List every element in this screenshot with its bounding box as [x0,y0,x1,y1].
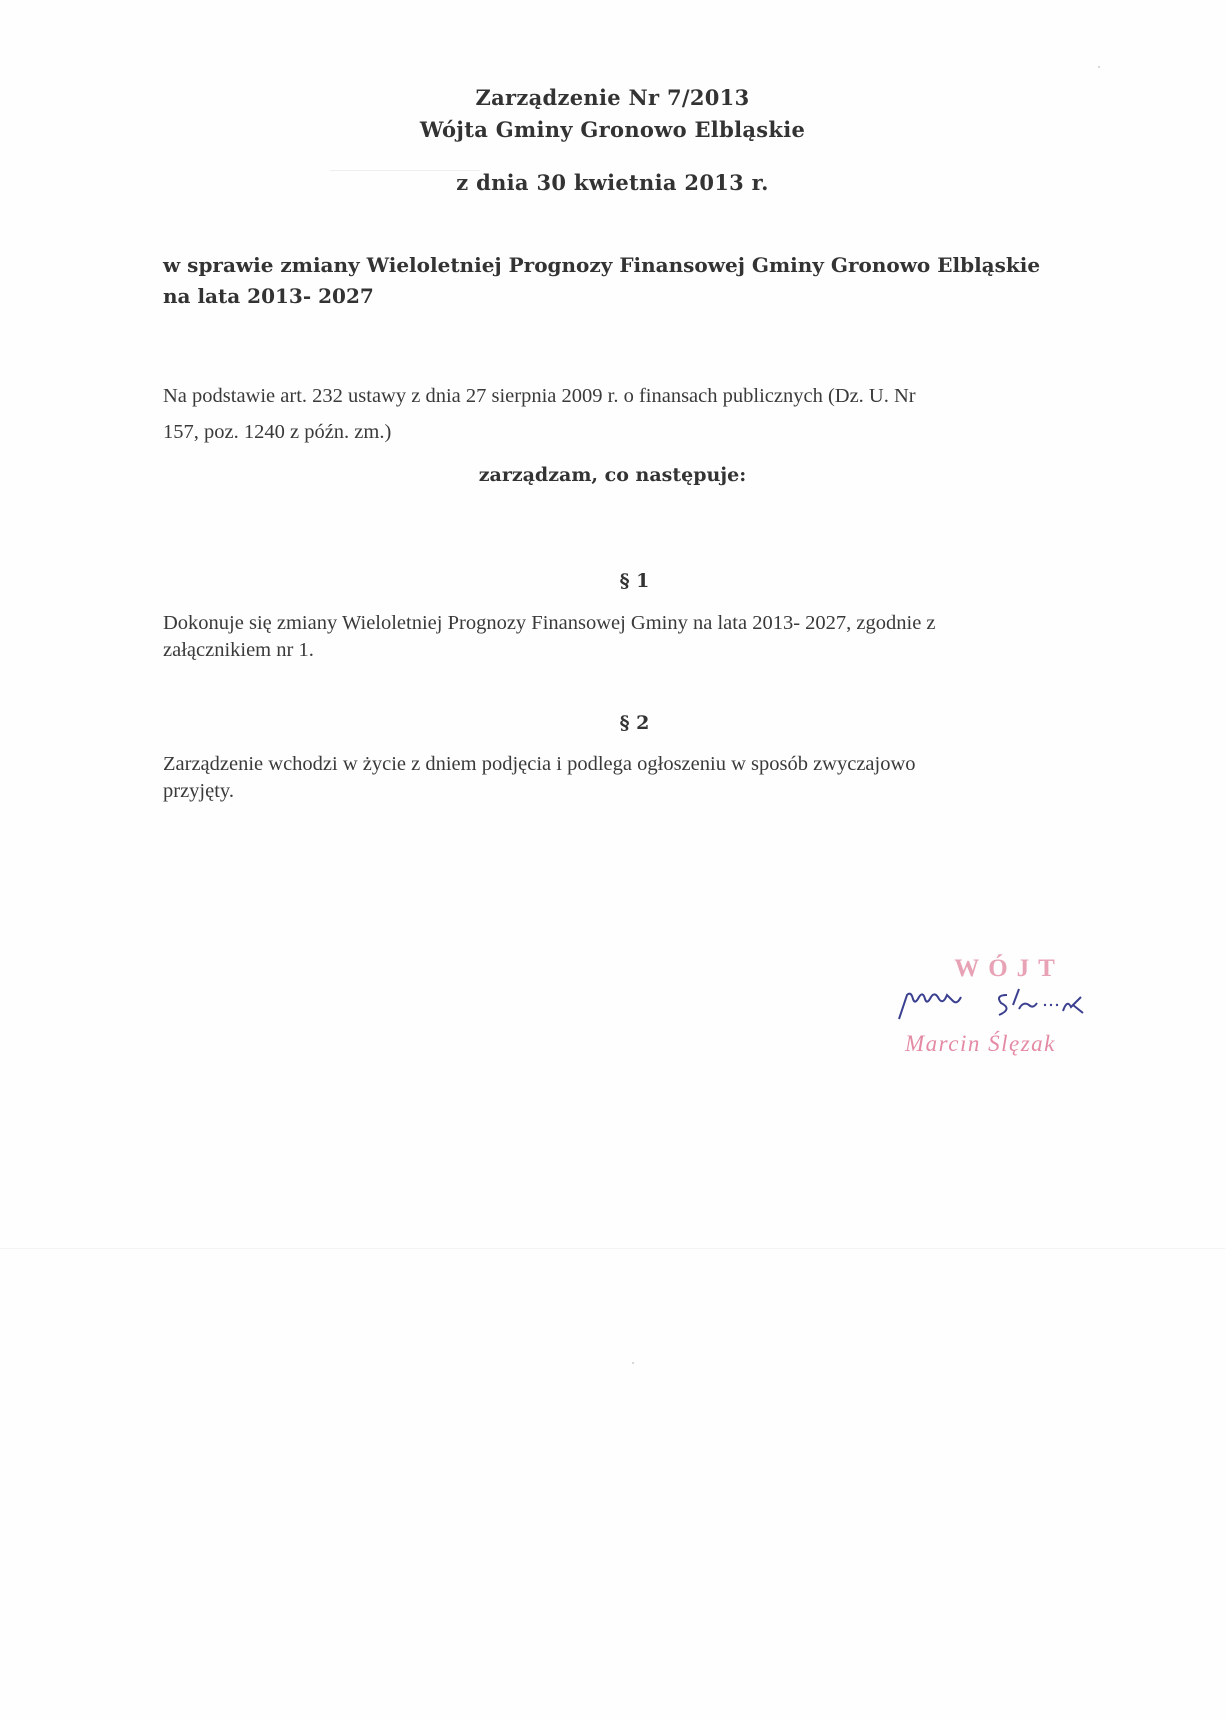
preamble-line-2: 157, poz. 1240 z późn. zm.) [163,421,1103,444]
handwritten-signature: Marcin Ślęzak [895,985,1125,1057]
section-1-line-2: załącznikiem nr 1. [163,639,1103,662]
subject-line-2: na lata 2013- 2027 [163,281,1103,312]
stamp-name: Marcin Ślęzak [895,1031,1125,1057]
preamble-line-1: Na podstawie art. 232 ustawy z dnia 27 s… [163,385,1103,408]
subject-line-1: w sprawie zmiany Wieloletniej Prognozy F… [163,250,1103,281]
stamp-title: WÓJT [895,955,1115,983]
section-2-line-1: Zarządzenie wchodzi w życie z dniem podj… [163,753,1103,776]
scan-artifact-dot [632,1362,634,1364]
issuer: Wójta Gminy Gronowo Elbląskie [0,117,1225,142]
section-1-line-1: Dokonuje się zmiany Wieloletniej Prognoz… [163,612,1103,635]
section-2-mark: § 2 [0,712,1225,734]
scan-artifact-line [0,1248,1225,1249]
signature-scribble-icon [895,985,1125,1025]
section-2-line-2: przyjęty. [163,780,1103,803]
ordinance-number: Zarządzenie Nr 7/2013 [0,85,1225,110]
document-page: Zarządzenie Nr 7/2013 Wójta Gminy Gronow… [0,0,1225,1720]
official-stamp: WÓJT [895,955,1115,983]
decree-clause: zarządzam, co następuje: [0,464,1225,486]
scan-artifact-dot [1098,66,1100,68]
ordinance-date: z dnia 30 kwietnia 2013 r. [0,170,1225,195]
section-1-mark: § 1 [0,570,1225,592]
